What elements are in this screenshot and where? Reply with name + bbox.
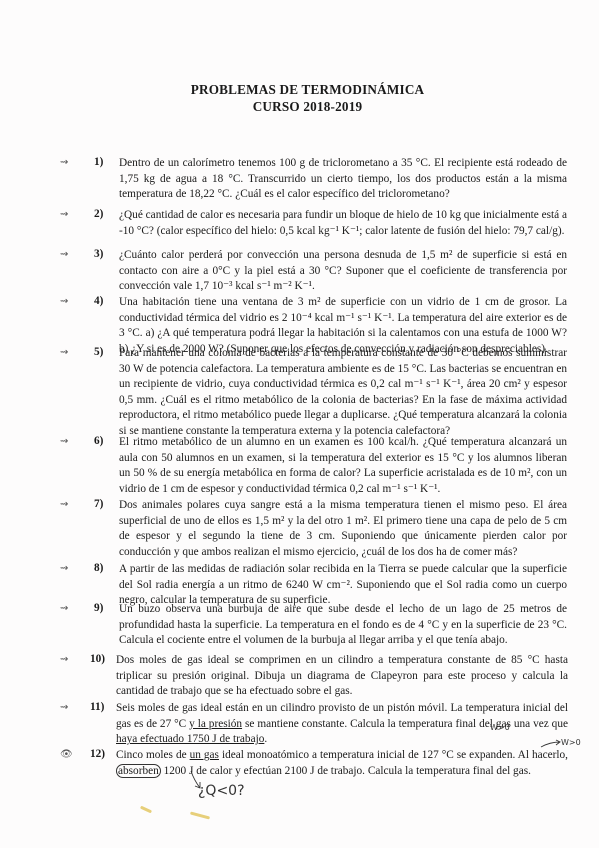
handwritten-note-w-positive: W>0 (561, 738, 581, 747)
handwritten-eye-icon: 👁 (60, 749, 76, 760)
problem-number: 9) (94, 602, 103, 614)
handwritten-check-icon: ⇝ (60, 157, 76, 168)
problem-text: Dos moles de gas ideal se comprimen en u… (116, 653, 568, 700)
problem-number: 11) (90, 701, 104, 713)
problem-number: 10) (90, 653, 105, 665)
underlined-text: un gas (190, 749, 219, 761)
problem-number: 2) (94, 208, 103, 220)
handwritten-check-icon: ⇝ (60, 654, 76, 665)
handwritten-check-icon: ⇝ (60, 563, 76, 574)
circled-text: absorben (116, 764, 161, 778)
yellow-stain (190, 811, 210, 819)
text-segment: se mantiene constante. Calcula la temper… (242, 718, 568, 730)
problem-number: 7) (94, 498, 103, 510)
problem-text: Para mantener una colonia de bacterias a… (119, 346, 567, 440)
text-segment: 1200 J de calor y efectúan 2100 J de tra… (161, 765, 531, 777)
handwritten-check-icon: ⇝ (60, 249, 76, 260)
document-page: PROBLEMAS DE TERMODINÁMICA CURSO 2018-20… (0, 0, 599, 848)
problem-text: Cinco moles de un gas ideal monoatómico … (116, 748, 568, 779)
handwritten-check-icon: ⇝ (60, 702, 76, 713)
problem-number: 12) (90, 748, 105, 760)
text-segment: ideal monoatómico a temperatura inicial … (219, 749, 568, 761)
document-title: PROBLEMAS DE TERMODINÁMICA (8, 82, 599, 98)
problem-text: ¿Cuánto calor perderá por convección una… (119, 248, 567, 295)
handwritten-check-icon: ⇝ (60, 296, 76, 307)
document-subtitle: CURSO 2018-2019 (8, 99, 599, 115)
yellow-stain (140, 806, 152, 814)
problem-text: Dos animales polares cuya sangre está a … (119, 498, 567, 560)
text-segment: . (264, 733, 267, 745)
problem-text: ¿Qué cantidad de calor es necesaria para… (119, 208, 567, 239)
handwritten-note-question: ¿Q<0? (198, 783, 245, 799)
handwritten-note-w-positive: W>0 (490, 723, 510, 732)
problem-number: 3) (94, 248, 103, 260)
problem-text: Dentro de un calorímetro tenemos 100 g d… (119, 156, 567, 203)
problem-number: 4) (94, 295, 103, 307)
handwritten-arrow-icon (540, 739, 562, 749)
handwritten-check-icon: ⇝ (60, 603, 76, 614)
text-segment: Cinco moles de (116, 749, 190, 761)
underlined-text: y la presión (189, 718, 242, 730)
problem-number: 5) (94, 346, 103, 358)
handwritten-check-icon: ⇝ (60, 499, 76, 510)
problem-number: 6) (94, 435, 103, 447)
underlined-text: haya efectuado 1750 J de trabajo (116, 733, 264, 745)
problem-number: 8) (94, 562, 103, 574)
handwritten-check-icon: ⇝ (60, 209, 76, 220)
handwritten-check-icon: ⇝ (60, 436, 76, 447)
handwritten-check-icon: ⇝ (60, 347, 76, 358)
problem-number: 1) (94, 156, 103, 168)
problem-text: El ritmo metabólico de un alumno en un e… (119, 435, 567, 497)
problem-text: Un buzo observa una burbuja de aire que … (119, 602, 567, 649)
